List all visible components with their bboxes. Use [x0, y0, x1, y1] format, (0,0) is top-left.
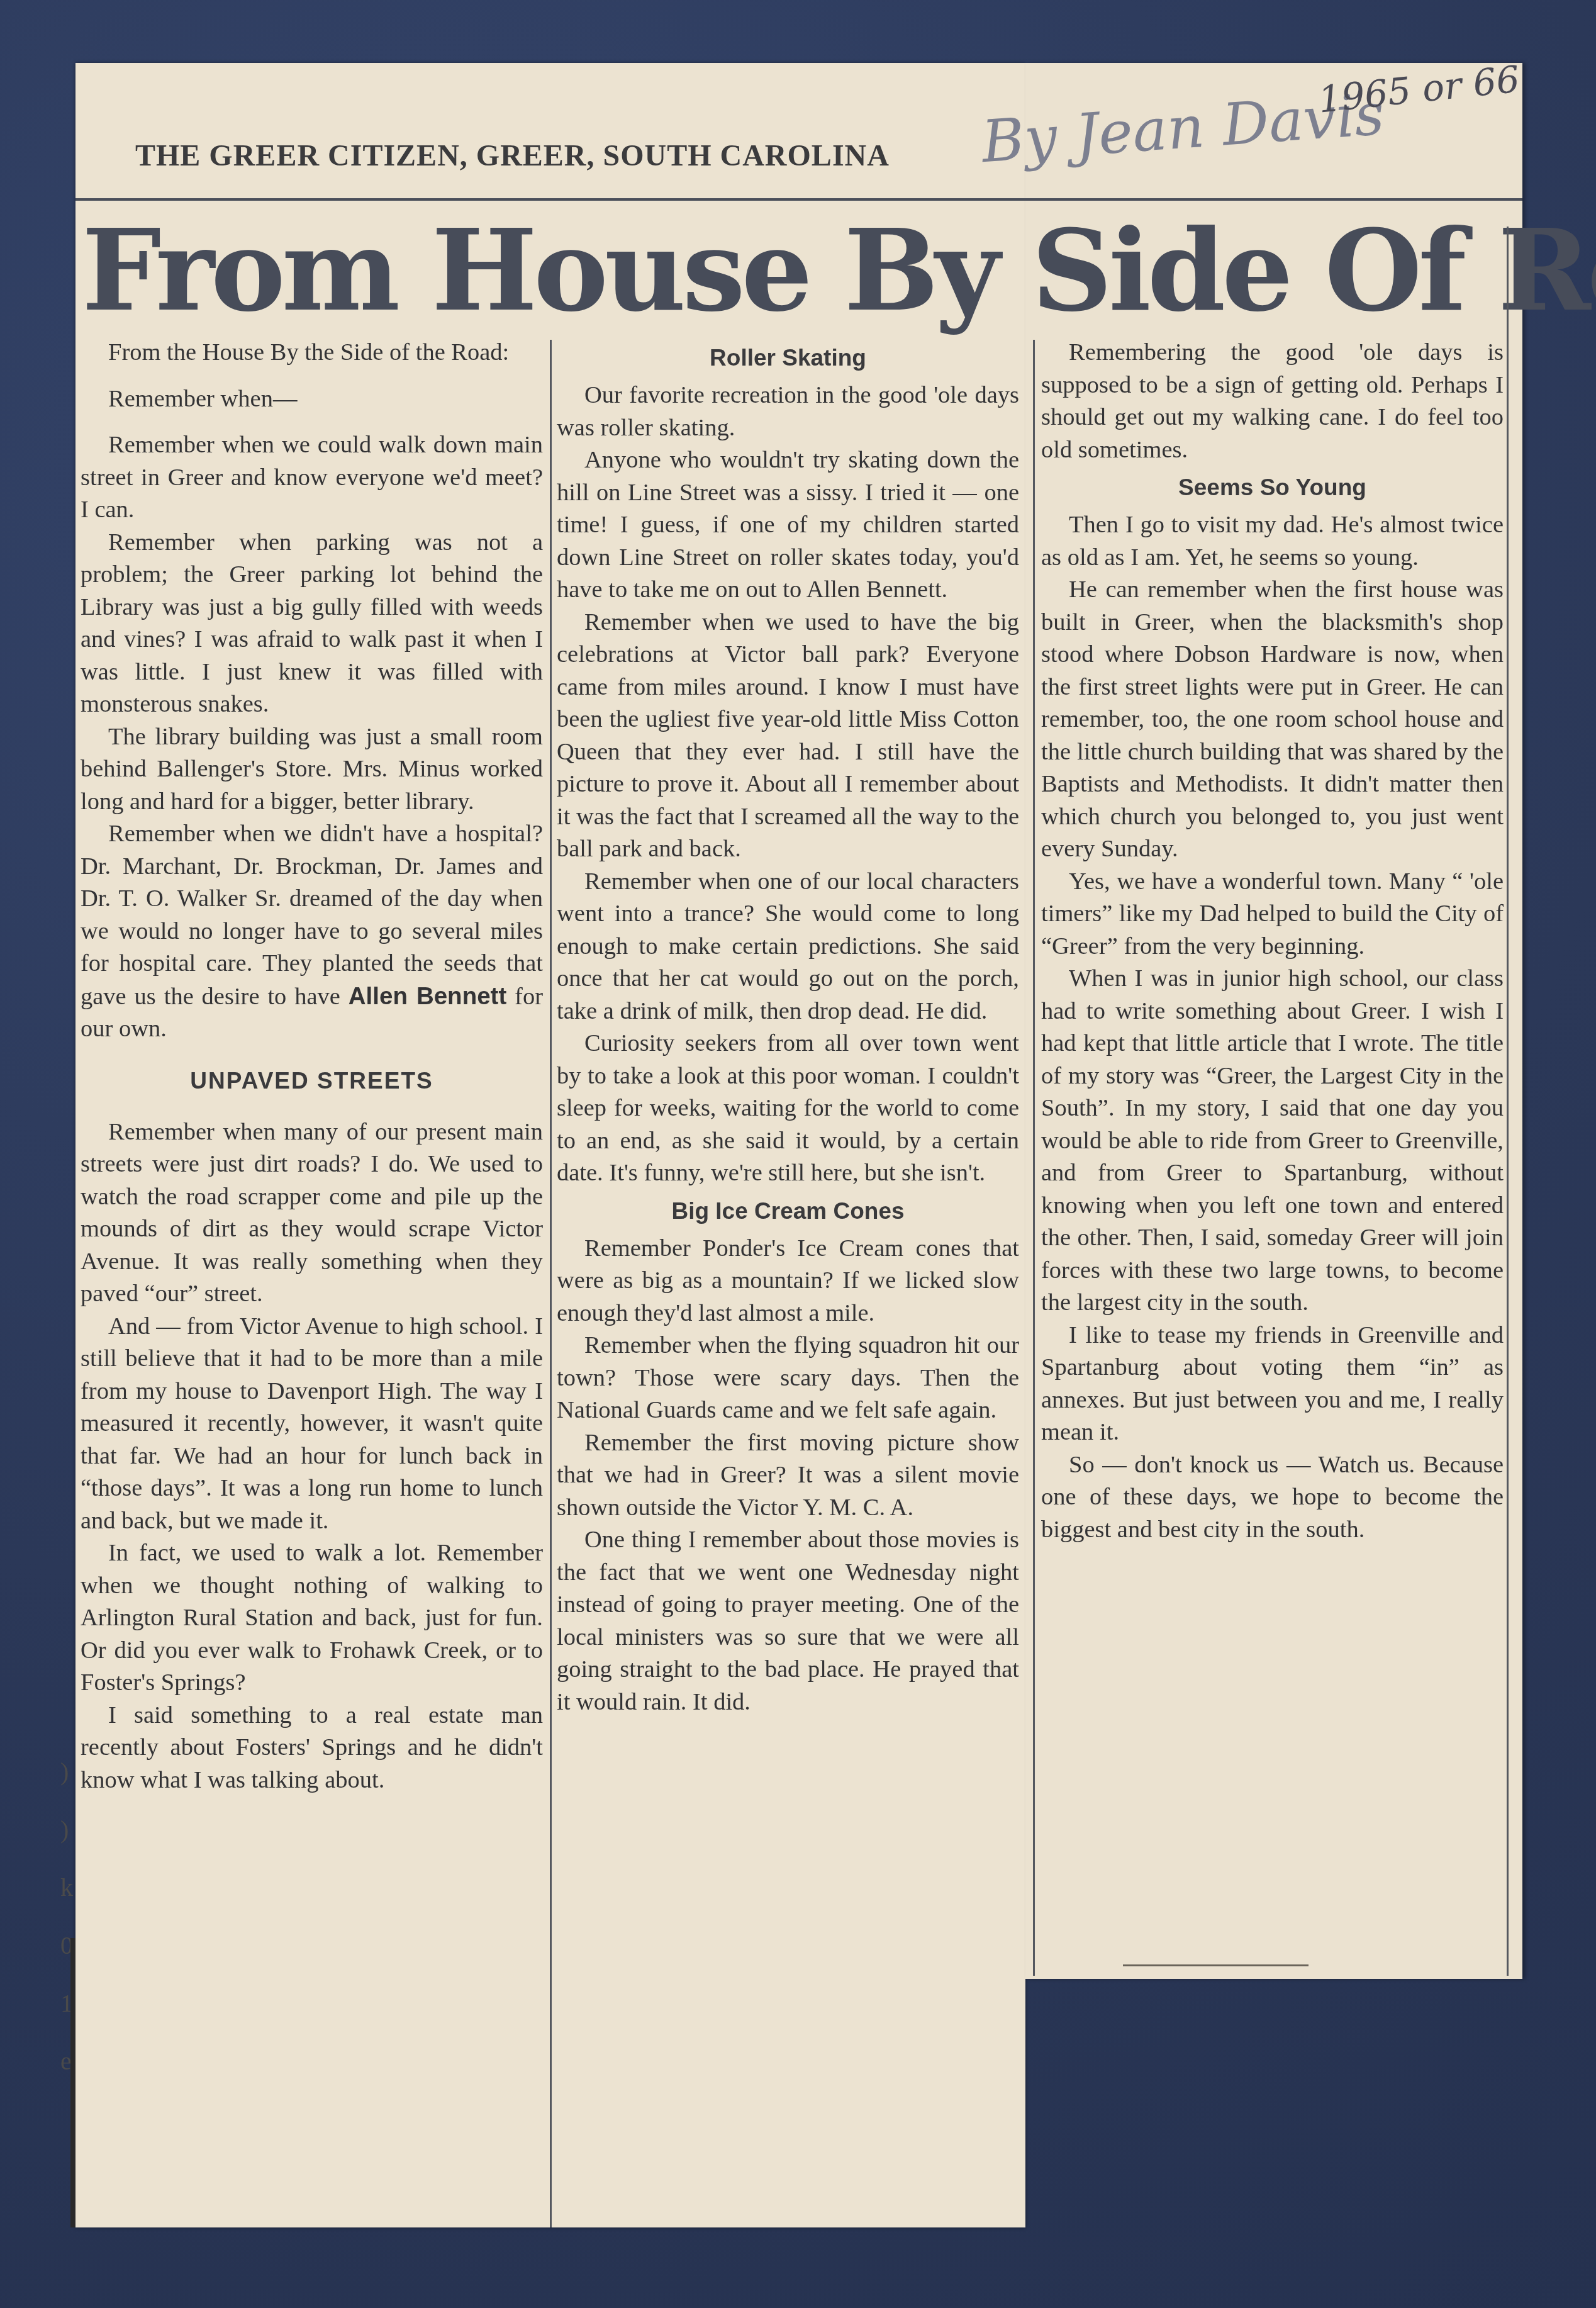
paragraph: The library building was just a small ro…: [81, 721, 543, 819]
paragraph: Remember when—: [81, 383, 543, 416]
paragraph: Remember when parking was not a problem;…: [81, 527, 543, 721]
paragraph: So — don't knock us — Watch us. Because …: [1041, 1449, 1504, 1547]
paragraph: Curiosity seekers from all over town wen…: [557, 1028, 1019, 1190]
paragraph: Remember when we could walk down main st…: [81, 429, 543, 527]
right-border: [1507, 227, 1509, 1976]
section-heading: UNPAVED STREETS: [81, 1065, 543, 1097]
column-divider-1: [550, 340, 552, 2227]
paragraph: Remember when many of our present main s…: [81, 1116, 543, 1311]
paragraph: Remember when we didn't have a hospital?…: [81, 818, 543, 1046]
paragraph: I like to tease my friends in Greenville…: [1041, 1319, 1504, 1449]
paragraph: In fact, we used to walk a lot. Remember…: [81, 1537, 543, 1700]
paragraph: Remember when we used to have the big ce…: [557, 607, 1019, 866]
article-column-2: Roller Skating Our favorite recreation i…: [557, 337, 1019, 1718]
masthead-rule: [75, 198, 1522, 201]
section-heading: Roller Skating: [557, 342, 1019, 374]
article-column-1: From the House By the Side of the Road: …: [81, 337, 543, 1796]
paragraph: One thing I remember about those movies …: [557, 1524, 1019, 1718]
paragraph: Remember when one of our local character…: [557, 866, 1019, 1028]
article-headline: From House By Side Of Road: [82, 208, 1516, 333]
paragraph: I said something to a real estate man re…: [81, 1700, 543, 1797]
bold-name: Allen Bennett: [349, 983, 506, 1010]
section-heading: Big Ice Cream Cones: [557, 1195, 1019, 1228]
column-divider-2: [1033, 340, 1035, 1976]
paragraph: Remember the first moving picture show t…: [557, 1427, 1019, 1525]
paragraph: Anyone who wouldn't try skating down the…: [557, 444, 1019, 607]
article-end-rule: [1123, 1964, 1309, 1966]
paragraph: Remember when the flying squadron hit ou…: [557, 1330, 1019, 1427]
adjacent-clipping-rule: [70, 1938, 75, 2227]
paragraph: When I was in junior high school, our cl…: [1041, 963, 1504, 1319]
paragraph: From the House By the Side of the Road:: [81, 337, 543, 369]
paragraph: Remember Ponder's Ice Cream cones that w…: [557, 1233, 1019, 1330]
paragraph: Yes, we have a wonderful town. Many “ 'o…: [1041, 866, 1504, 963]
article-column-3: Remembering the good 'ole days is suppos…: [1041, 337, 1504, 1546]
paragraph: Then I go to visit my dad. He's almost t…: [1041, 509, 1504, 574]
paragraph: Remembering the good 'ole days is suppos…: [1041, 337, 1504, 466]
newspaper-masthead: THE GREER CITIZEN, GREER, SOUTH CAROLINA: [135, 138, 890, 173]
section-heading: Seems So Young: [1041, 471, 1504, 504]
paragraph: Our favorite recreation in the good 'ole…: [557, 379, 1019, 444]
paragraph: And — from Victor Avenue to high school.…: [81, 1311, 543, 1538]
paragraph: He can remember when the first house was…: [1041, 574, 1504, 866]
